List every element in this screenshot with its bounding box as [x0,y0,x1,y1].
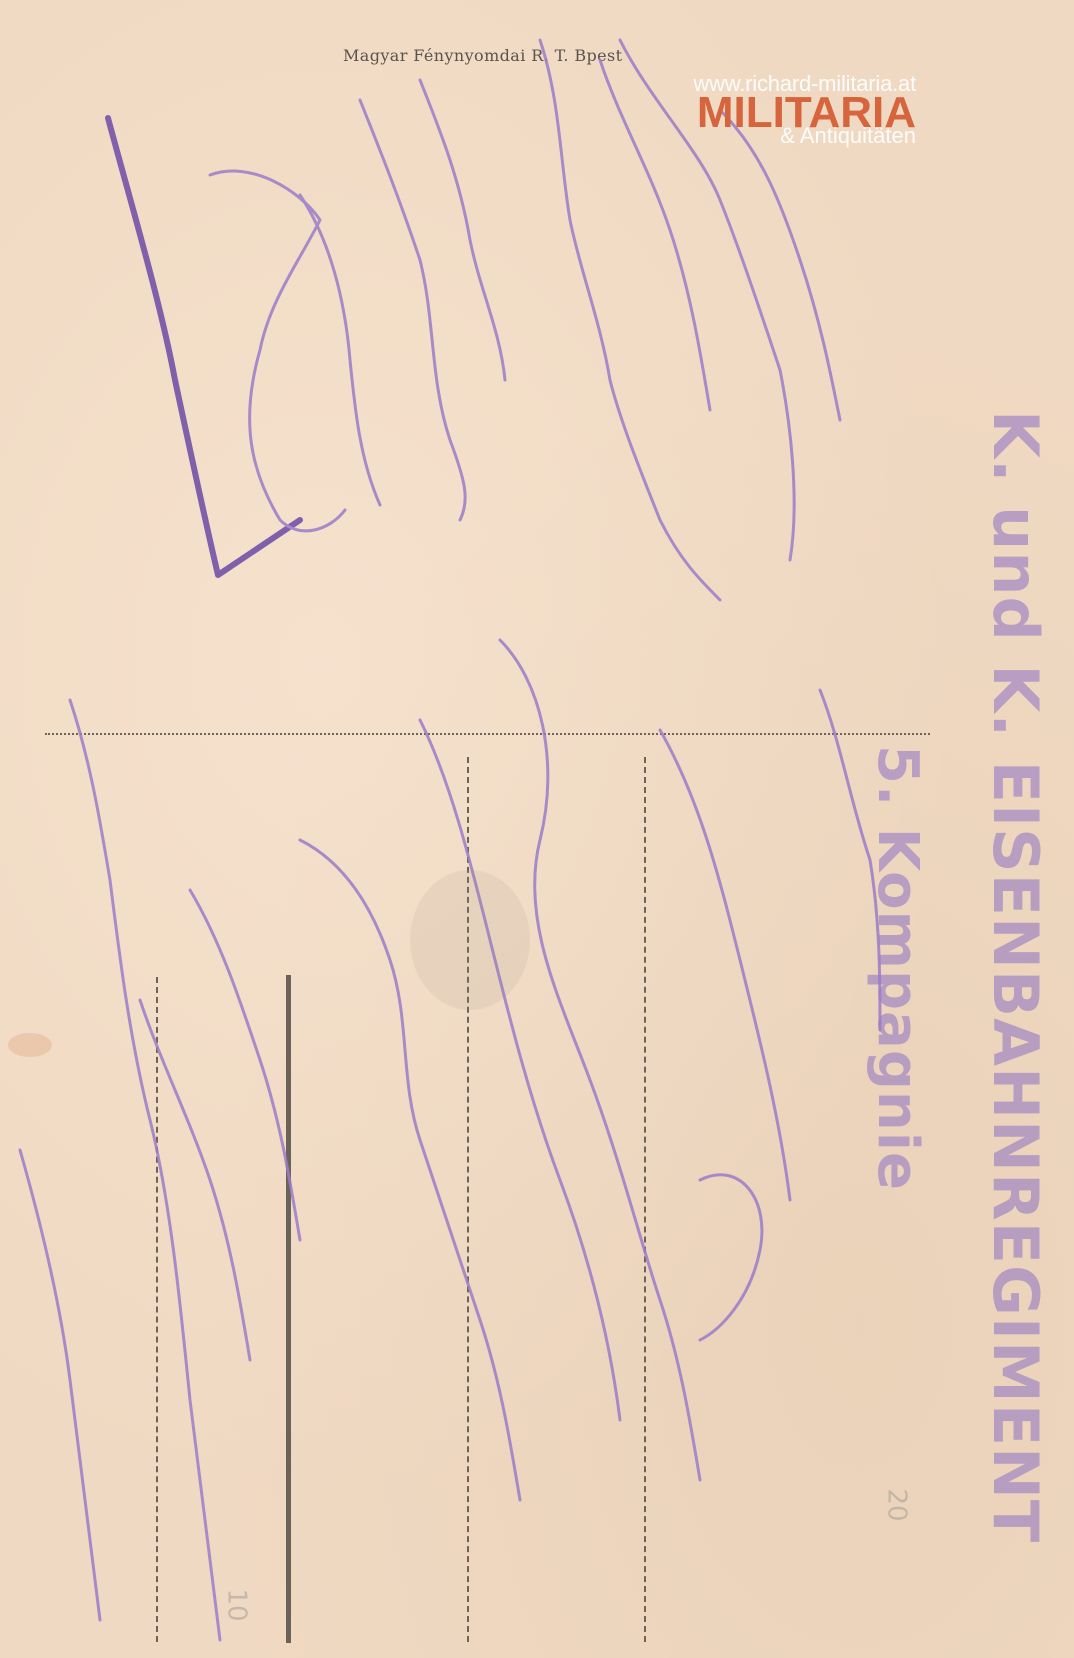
postcard-back: Magyar Fénynyomdai R. T. Bpest K. und K.… [0,0,1074,1658]
pencil-mark-20: 20 [882,1488,912,1521]
handwriting-ink [0,0,1074,1658]
watermark-subtitle: & Antiquitäten [700,123,916,149]
pencil-mark-10: 10 [222,1588,252,1621]
